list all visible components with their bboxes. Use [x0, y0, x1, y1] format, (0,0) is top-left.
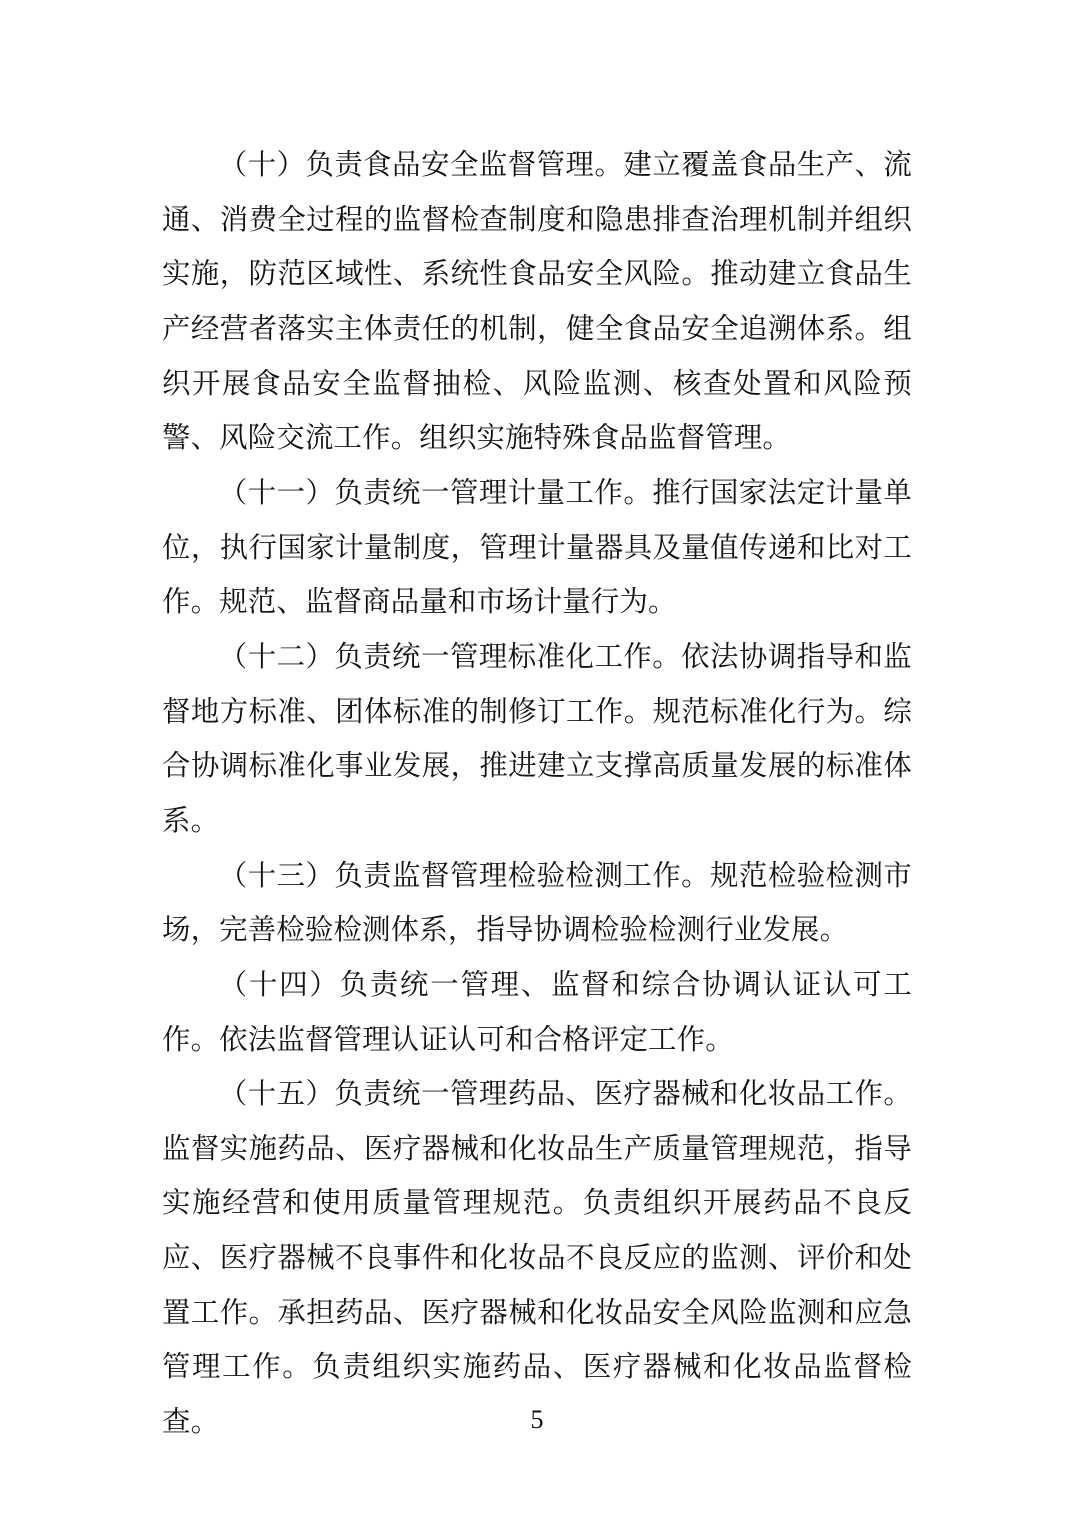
paragraph-item-11: （十一）负责统一管理计量工作。推行国家法定计量单位，执行国家计量制度，管理计量器… — [162, 467, 912, 631]
paragraph-item-15: （十五）负责统一管理药品、医疗器械和化妆品工作。监督实施药品、医疗器械和化妆品生… — [162, 1068, 912, 1451]
paragraph-item-13: （十三）负责监督管理检验检测工作。规范检验检测市场，完善检验检测体系，指导协调检… — [162, 850, 912, 959]
page-number: 5 — [0, 1404, 1074, 1436]
paragraph-item-12: （十二）负责统一管理标准化工作。依法协调指导和监督地方标准、团体标准的制修订工作… — [162, 631, 912, 850]
document-page: （十）负责食品安全监督管理。建立覆盖食品生产、流通、消费全过程的监督检查制度和隐… — [0, 0, 1074, 1520]
paragraph-item-10: （十）负责食品安全监督管理。建立覆盖食品生产、流通、消费全过程的监督检查制度和隐… — [162, 139, 912, 467]
document-body: （十）负责食品安全监督管理。建立覆盖食品生产、流通、消费全过程的监督检查制度和隐… — [162, 139, 912, 1451]
paragraph-item-14: （十四）负责统一管理、监督和综合协调认证认可工作。依法监督管理认证认可和合格评定… — [162, 959, 912, 1068]
